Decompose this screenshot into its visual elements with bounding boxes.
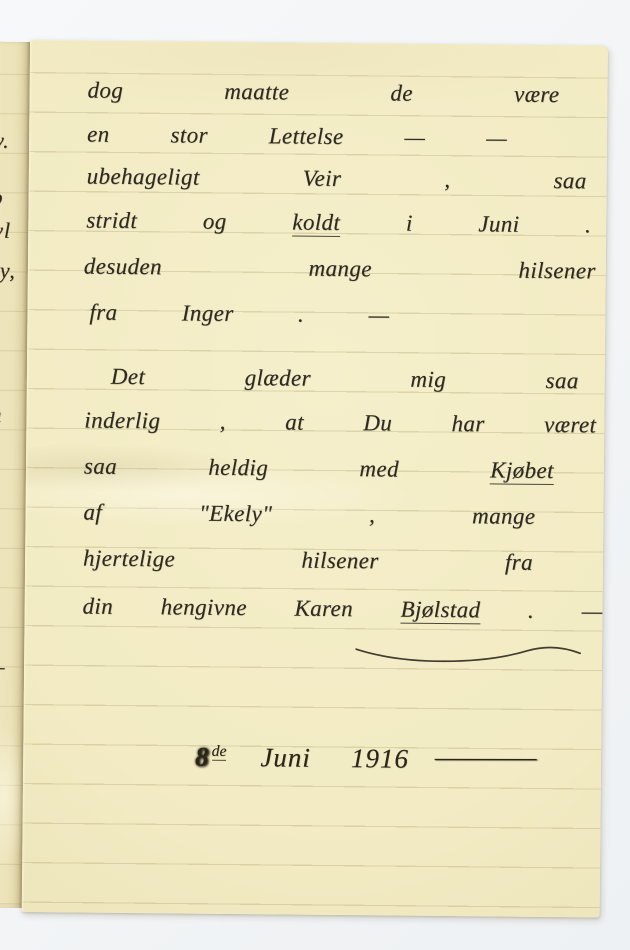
- date-line: 8deJuni1916—: [195, 742, 590, 777]
- page-fold-fragment: dy,: [0, 258, 16, 284]
- closing-text: din hengivne Karen: [82, 594, 400, 622]
- closing-text: . —: [480, 597, 602, 623]
- line-text: i Juni .: [340, 210, 591, 237]
- scanned-letter-page: { "document": { "kind": "handwritten-let…: [0, 0, 630, 950]
- handwriting-line: saa heldig med Kjøbet: [84, 453, 554, 485]
- date-month: Juni: [260, 742, 311, 772]
- signature-surname: Bjølstad: [400, 597, 480, 625]
- handwriting-line: Det glæder mig saa: [111, 363, 579, 395]
- date-ordinal: de: [212, 743, 227, 761]
- handwriting-line: af "Ekely" , mange: [83, 499, 535, 531]
- underlined-word: Kjøbet: [490, 457, 554, 485]
- page-fold-fragment: o: [0, 299, 1, 325]
- date-day: 8: [195, 742, 210, 772]
- signature-line: din hengivne Karen Bjølstad . —: [82, 593, 602, 626]
- handwriting-line: dog maatte de være: [87, 77, 559, 109]
- handwriting-line: inderlig , at Du har været: [84, 407, 596, 440]
- date-dash: —: [433, 742, 542, 773]
- page-fold-fragment: v.: [0, 128, 10, 154]
- page-fold-fragment: h: [0, 402, 3, 428]
- handwriting-line: hjertelige hilsener fra: [83, 545, 533, 577]
- date-year: 1916: [351, 743, 409, 774]
- page-fold-fragment: —: [0, 654, 6, 680]
- letter-sheet: y v. b avl dy, o e h m ! g, — dog maatte…: [22, 40, 608, 918]
- handwriting-line: desuden mange hilsener: [84, 253, 596, 286]
- handwriting-line: en stor Lettelse — —: [87, 121, 507, 153]
- handwriting-line: fra Inger . —: [89, 299, 389, 329]
- line-text: saa heldig med: [84, 454, 490, 483]
- line-text: stridt og: [86, 208, 292, 235]
- underlined-word: koldt: [292, 210, 340, 237]
- handwriting-line: stridt og koldt i Juni .: [86, 207, 591, 239]
- page-fold-fragment: avl: [0, 218, 11, 244]
- signature-underline-flourish: [352, 639, 587, 667]
- letter-paper: dog maatte de være en stor Lettelse — — …: [22, 40, 608, 918]
- handwriting-line: ubehageligt Veir , saa: [87, 163, 587, 195]
- page-fold-fragment: b: [0, 185, 4, 211]
